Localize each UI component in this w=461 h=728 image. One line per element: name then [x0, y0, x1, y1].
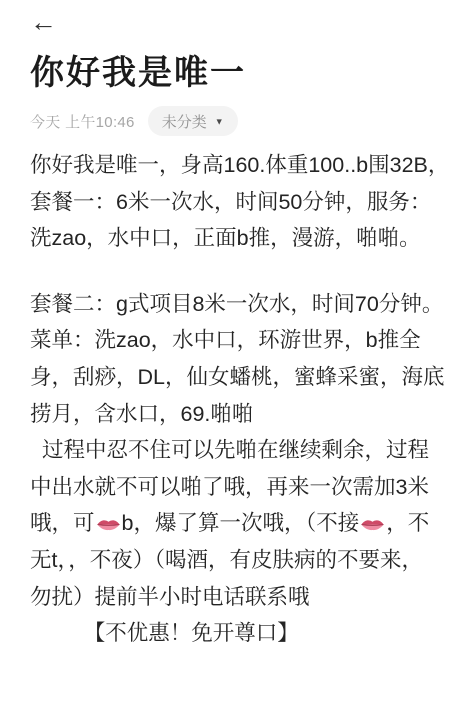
note-timestamp: 今天 上午10:46 — [30, 111, 135, 132]
note-line: 中出水就不可以啪了哦，再来一次需加3米 — [30, 469, 449, 506]
note-line: 哦，可b，爆了算一次哦，（不接，不 — [30, 505, 449, 542]
note-line: 身，刮痧，DL，仙女蟠桃，蜜蜂采蜜，海底 — [30, 359, 449, 396]
note-line: 洗zao，水中口，正面b推，漫游，啪啪。 — [30, 220, 449, 257]
notes-app-screen: ← 你好我是唯一 今天 上午10:46 未分类 ▼ 你好我是唯一，身高160.体… — [0, 0, 461, 728]
top-bar: ← — [30, 0, 449, 40]
chevron-down-icon: ▼ — [215, 117, 224, 127]
note-line: 【不优惠！免开尊口】 — [30, 615, 449, 652]
note-paragraph: 你好我是唯一，身高160.体重100..b围32B，套餐一：6米一次水，时间50… — [30, 147, 449, 257]
note-meta-row: 今天 上午10:46 未分类 ▼ — [30, 106, 449, 136]
note-line: 勿扰）提前半小时电话联系哦 — [30, 579, 449, 616]
note-line: 套餐一：6米一次水，时间50分钟，服务： — [30, 184, 449, 221]
lips-emoji — [360, 517, 385, 532]
back-button[interactable]: ← — [30, 7, 57, 37]
note-line: 过程中忍不住可以先啪在继续剩余，过程 — [30, 432, 449, 469]
note-body[interactable]: 你好我是唯一，身高160.体重100..b围32B，套餐一：6米一次水，时间50… — [30, 147, 449, 652]
note-line: 无t，，不夜）（喝酒，有皮肤病的不要来， — [30, 542, 449, 579]
category-label: 未分类 — [162, 111, 207, 132]
note-line: 套餐二：g式项目8米一次水，时间70分钟。 — [30, 286, 449, 323]
note-title[interactable]: 你好我是唯一 — [30, 53, 449, 93]
note-line: 你好我是唯一，身高160.体重100..b围32B， — [30, 147, 449, 184]
lips-emoji — [96, 517, 121, 532]
note-line: 捞月，含水口，69.啪啪 — [30, 396, 449, 433]
note-paragraph: 套餐二：g式项目8米一次水，时间70分钟。菜单：洗zao，水中口，环游世界，b推… — [30, 286, 449, 652]
category-selector[interactable]: 未分类 ▼ — [148, 106, 238, 136]
back-arrow-icon: ← — [30, 7, 57, 37]
note-line: 菜单：洗zao，水中口，环游世界，b推全 — [30, 322, 449, 359]
